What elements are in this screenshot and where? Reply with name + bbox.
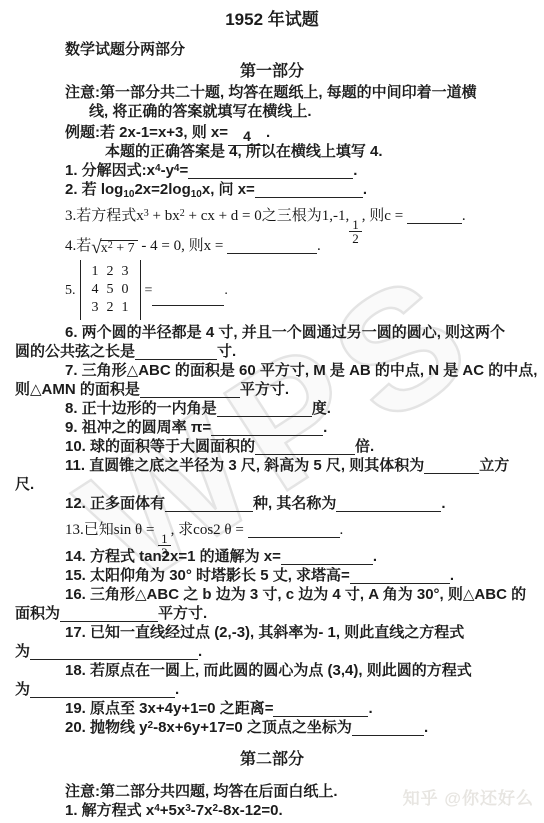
text-run: 立方 (479, 457, 509, 474)
text-run: . (317, 238, 321, 254)
text-run: = (179, 162, 188, 179)
determinant-cell: 0 (118, 281, 133, 299)
text-run: -8x+6y+17=0 之顶点之坐标为 (153, 719, 352, 736)
question-17-line1: 17. 已知一直线经过点 (2,-3), 其斜率为- 1, 则此直线之方程式 (65, 623, 544, 642)
answer-blank (188, 161, 353, 179)
text-run: 14. 方程式 tan2x=1 的通解为 x= (65, 548, 281, 565)
example-note: 本题的正确答案是 4, 所以在横线上填写 4. (105, 142, 544, 161)
question-6-line1: 6. 两个圆的半径都是 4 寸, 并且一个圆通过另一圆的圆心, 则这两个 (65, 323, 544, 342)
text-run: 数学试题分两部分 (65, 41, 185, 58)
answer-blank (140, 380, 240, 398)
fraction-numerator: 1 (349, 218, 362, 231)
question-7-line1: 7. 三角形△ABC 的面积是 60 平方寸, M 是 AB 的中点, N 是 … (65, 361, 544, 380)
question-1: 1. 分解因式:x4-y4=. (65, 161, 544, 180)
text-run: 圆的公共弦之长是 (15, 343, 135, 360)
text-run: . (441, 495, 445, 512)
determinant-cell: 5 (103, 281, 118, 299)
answer-blank (135, 342, 217, 360)
question-17-line2: 为. (15, 642, 544, 661)
radicand: x2 + 7 (100, 240, 138, 257)
answer-blank (255, 437, 355, 455)
fraction-numerator: 1 (158, 532, 171, 545)
text-run: 19. 原点至 3x+4y+1=0 之距离= (65, 700, 273, 717)
determinant-cell: 2 (103, 299, 118, 317)
text-run: 2. 若 log (65, 181, 123, 198)
text-run: 13.已知sin θ = (65, 522, 158, 538)
answer-blank (281, 547, 373, 565)
determinant-row: 123 (88, 263, 133, 281)
text-run: 15. 太阳仰角为 30° 时塔影长 5 丈, 求塔高= (65, 567, 350, 584)
question-20: 20. 抛物线 y2-8x+6y+17=0 之顶点之坐标为. (65, 718, 544, 737)
text-run: + bx (149, 208, 180, 224)
text-run: 种, 其名称为 (253, 495, 336, 512)
text-run: -y (161, 162, 174, 179)
text-run: . (175, 681, 179, 698)
question-3: 3.若方程式x3 + bx2 + cx + d = 0之三根为1,-1,12, … (65, 199, 544, 233)
text-run: 4.若 (65, 238, 91, 254)
question-2: 2. 若 log102x=2log10x, 问 x=. (65, 180, 544, 199)
answer-blank (30, 642, 198, 660)
text-run: 则△AMN 的面积是 (15, 381, 140, 398)
answer-blank (424, 456, 479, 474)
text-run: 尺. (15, 476, 34, 493)
text-run: . (353, 162, 357, 179)
text-run: 线, 将正确的答案就填写在横线上. (89, 103, 312, 120)
determinant-row: 450 (88, 281, 133, 299)
question-14: 14. 方程式 tan2x=1 的通解为 x=. (65, 547, 544, 566)
text-run: +5x (160, 802, 185, 819)
exam-subtitle: 数学试题分两部分 (65, 40, 544, 59)
answer-blank (152, 288, 224, 306)
text-run: . (450, 567, 454, 584)
part1-heading: 第一部分 (0, 61, 544, 83)
question-18-line1: 18. 若原点在一圆上, 而此圆的圆心为点 (3,4), 则此圆的方程式 (65, 661, 544, 680)
text-run: x (101, 241, 108, 256)
text-run: 8. 正十边形的一内角是 (65, 400, 217, 417)
question-18-line2: 为. (15, 680, 544, 699)
exam-title: 1952 年试题 (0, 8, 544, 32)
answer-blank (336, 494, 441, 512)
text-run: 18. 若原点在一圆上, 而此圆的圆心为点 (3,4), 则此圆的方程式 (65, 662, 472, 679)
answer-blank (407, 206, 462, 224)
part1-notice-line1: 注意:第一部分共二十题, 均答在题纸上, 每题的中间印着一道横 (65, 83, 544, 102)
question-11-line2: 尺. (15, 475, 544, 494)
text-run: 3.若方程式x (65, 208, 144, 224)
text-run: . (224, 281, 228, 300)
determinant: 123450321 (80, 260, 141, 320)
text-run: 9. 祖冲之的圆周率 π= (65, 419, 211, 436)
question-19: 19. 原点至 3x+4y+1=0 之距离=. (65, 699, 544, 718)
question-6-line2: 圆的公共弦之长是寸. (15, 342, 544, 361)
text-run: x, 问 x= (202, 181, 255, 198)
answer-blank (227, 236, 317, 254)
text-run: 1. 分解因式:x (65, 162, 155, 179)
question-4: 4.若√x2 + 7 - 4 = 0, 则x = . (65, 233, 544, 260)
answer-blank (60, 604, 158, 622)
text-run: 16. 三角形△ABC 之 b 边为 3 寸, c 边为 4 寸, A 角为 3… (65, 586, 526, 603)
text-run: -8x-12=0. (218, 802, 283, 819)
text-run: 第二部分 (240, 751, 304, 768)
text-run: -7x (191, 802, 213, 819)
fraction: 12 (349, 218, 362, 245)
question-7-line2: 则△AMN 的面积是平方寸. (15, 380, 544, 399)
part1-notice-line2: 线, 将正确的答案就填写在横线上. (89, 102, 544, 121)
text-run: . (424, 719, 428, 736)
example-question: 例题:若 2x-1=x+3, 则 x=4. (65, 123, 544, 142)
text-run: 例题:若 2x-1=x+3, 则 x= (65, 124, 228, 141)
answer-blank (165, 494, 253, 512)
text-run: 为 (15, 681, 30, 698)
radical: √x2 + 7 (91, 240, 137, 257)
text-run: 注意:第二部分共四题, 均答在后面白纸上. (65, 783, 338, 800)
text-run: 2x=2log (134, 181, 190, 198)
text-run: 第一部分 (240, 63, 304, 80)
question-12: 12. 正多面体有种, 其名称为. (65, 494, 544, 513)
question-16-line1: 16. 三角形△ABC 之 b 边为 3 寸, c 边为 4 寸, A 角为 3… (65, 585, 544, 604)
answer-blank (30, 680, 175, 698)
question-16-line2: 面积为平方寸. (15, 604, 544, 623)
question-13: 13.已知sin θ = 13, 求cos2 θ = . (65, 513, 544, 547)
question-11-line1: 11. 直圆锥之底之半径为 3 尺, 斜高为 5 尺, 则其体积为立方 (65, 456, 544, 475)
text-run: 注意:第一部分共二十题, 均答在题纸上, 每题的中间印着一道横 (65, 84, 477, 101)
text-run: 20. 抛物线 y (65, 719, 148, 736)
question-10: 10. 球的面积等于大圆面积的倍. (65, 437, 544, 456)
text-run: 度. (312, 400, 331, 417)
part2-heading: 第二部分 (0, 749, 544, 771)
answer-blank (352, 718, 424, 736)
text-run: 1. 解方程式 x (65, 802, 154, 819)
question-15: 15. 太阳仰角为 30° 时塔影长 5 丈, 求塔高=. (65, 566, 544, 585)
text-run: - 4 = 0, 则x = (138, 238, 227, 254)
determinant-cell: 3 (88, 299, 103, 317)
text-run: . (198, 643, 202, 660)
text-run: . (373, 548, 377, 565)
answer-blank (255, 180, 363, 198)
text-run: + cx + d = 0之三根为1,-1, (185, 208, 350, 224)
text-run: 倍. (355, 438, 374, 455)
text-run: , 求cos2 θ = (171, 522, 248, 538)
text-run: . (340, 522, 344, 538)
text-run: 为 (15, 643, 30, 660)
answer-blank (350, 566, 450, 584)
question-8: 8. 正十边形的一内角是度. (65, 399, 544, 418)
fraction-denominator: 2 (349, 231, 362, 245)
text-run: 17. 已知一直线经过点 (2,-3), 其斜率为- 1, 则此直线之方程式 (65, 624, 464, 641)
determinant-cell: 3 (118, 263, 133, 281)
text-run: 11. 直圆锥之底之半径为 3 尺, 斜高为 5 尺, 则其体积为 (65, 457, 424, 474)
text-run: . (462, 208, 466, 224)
question-9: 9. 祖冲之的圆周率 π=. (65, 418, 544, 437)
answer-blank (211, 418, 323, 436)
text-run: = (145, 281, 153, 300)
text-run: 6. 两个圆的半径都是 4 寸, 并且一个圆通过另一圆的圆心, 则这两个 (65, 324, 505, 341)
text-run: 平方寸. (240, 381, 289, 398)
text-run: 5. (65, 281, 76, 300)
answer-blank (273, 699, 368, 717)
text-run: 10. 球的面积等于大圆面积的 (65, 438, 255, 455)
text-run: 本题的正确答案是 4, 所以在横线上填写 4. (105, 143, 383, 160)
question-5: 5. 123450321 = . (65, 260, 544, 320)
text-run: 1952 年试题 (225, 10, 319, 29)
answer-blank (248, 520, 340, 538)
determinant-cell: 2 (103, 263, 118, 281)
text-run: 12. 正多面体有 (65, 495, 165, 512)
answer-blank (217, 399, 312, 417)
text-run: 平方寸. (158, 605, 207, 622)
determinant-cell: 1 (88, 263, 103, 281)
text-run: . (363, 181, 367, 198)
document-lines: 1952 年试题数学试题分两部分第一部分注意:第一部分共二十题, 均答在题纸上,… (0, 0, 544, 820)
text-run: 寸. (217, 343, 236, 360)
text-run: . (323, 419, 327, 436)
text-run: . (368, 700, 372, 717)
text-run: + 7 (113, 241, 135, 256)
exam-page: WPS 1952 年试题数学试题分两部分第一部分注意:第一部分共二十题, 均答在… (0, 0, 544, 823)
text-run: , 则c = (362, 208, 407, 224)
determinant-row: 321 (88, 299, 133, 317)
zhihu-credit-watermark: 知乎 @你还好么 (403, 784, 534, 809)
determinant-cell: 1 (118, 299, 133, 317)
text-run: 7. 三角形△ABC 的面积是 60 平方寸, M 是 AB 的中点, N 是 … (65, 362, 537, 379)
determinant-cell: 4 (88, 281, 103, 299)
text-run: 面积为 (15, 605, 60, 622)
text-run: . (266, 124, 270, 141)
